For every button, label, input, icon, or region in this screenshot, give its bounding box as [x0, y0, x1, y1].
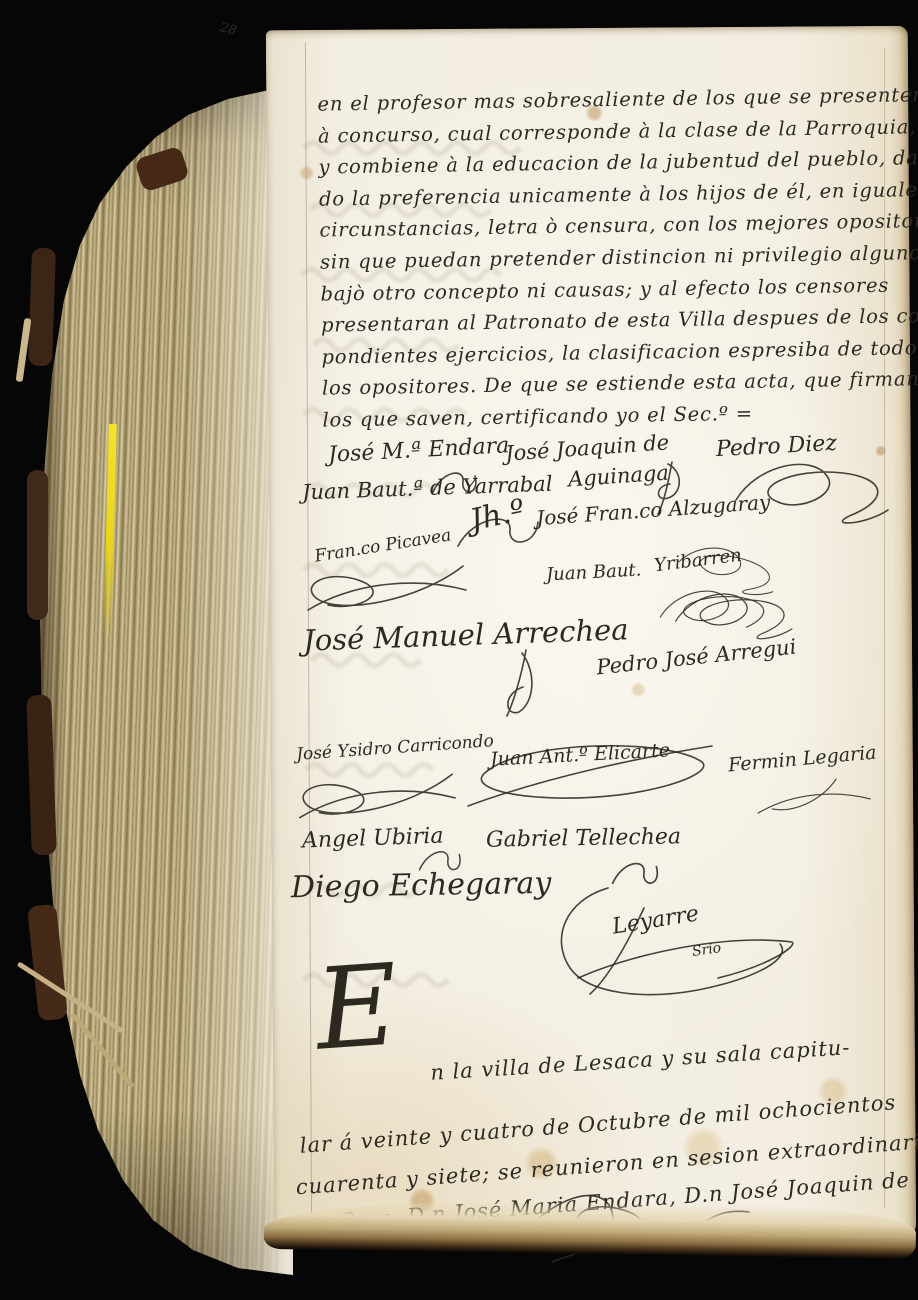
rubric-flourish-carricondo: [290, 758, 462, 824]
body-text: en el profesor mas sobresaliente de los …: [317, 79, 906, 436]
rubric-flourish-arregui: [640, 582, 790, 644]
rubric-flourish-picavea: [298, 552, 473, 614]
spine-leather-patch: [27, 470, 48, 620]
rubric-flourish-elicarte: [464, 736, 720, 808]
signature-echegaray: Diego Echegaray: [291, 866, 552, 906]
spine-leather-patch: [28, 248, 56, 367]
rubric-flourish-secretary: [548, 882, 800, 1004]
pencil-note: 28: [218, 20, 238, 39]
initial-letter-e: E: [312, 949, 401, 1066]
signature-tellechea: Gabriel Tellechea: [486, 824, 681, 852]
rubric-flourish-arrechea: [492, 648, 552, 720]
rubric-flourish-legaria: [742, 772, 884, 816]
photograph-of-open-manuscript-book: 28 en el profesor mas sobresaliente de l…: [0, 0, 918, 1300]
book-page-stack: [38, 85, 293, 1275]
